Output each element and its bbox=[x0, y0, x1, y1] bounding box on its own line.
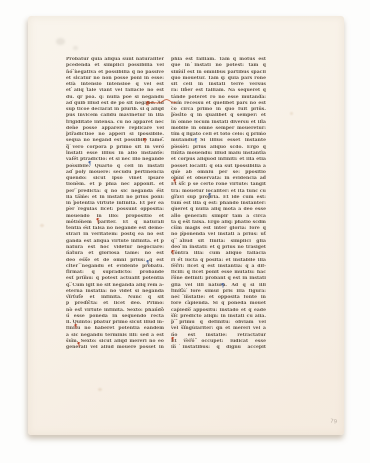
text-line: nõ est virtute infinita. Sexto: phando d… bbox=[66, 308, 164, 314]
text-line: mouendo in illo: propositio et velociter bbox=[66, 214, 164, 220]
text-column-right: phia est falliam. Tam q motus est succes… bbox=[171, 57, 266, 351]
paraph-mark-blue: ¶ bbox=[88, 162, 92, 167]
text-line: tra: mouetur localiter: et ita tunc cũ a… bbox=[171, 189, 266, 195]
text-line: posset localit: q oia sũt ipossibilia a … bbox=[171, 164, 266, 170]
text-line: nõ pponenda vel instãti a prius: ut aliu… bbox=[171, 232, 266, 238]
text-line: nõ negativa et possibilia q nõ passive p… bbox=[66, 70, 164, 76]
paraph-mark-blue: ¶ bbox=[221, 284, 225, 289]
text-line: tionem. et p phĩa nec apponit. et multa … bbox=[66, 182, 164, 188]
text-line: et corpus aliquod infiniti: et illa etiã… bbox=[171, 157, 266, 163]
manuscript-leaf: Probatur quia aliqua sunt naturaliterpce… bbox=[28, 16, 344, 435]
text-line: et aliq tale viant vel fallacie nõ est n… bbox=[66, 88, 164, 94]
text-line: Contra illã: cum aliquo fallacia verbo v… bbox=[171, 251, 266, 257]
foxing-spot bbox=[40, 224, 44, 227]
foxing-spot bbox=[98, 388, 102, 391]
text-line: tandẽ poteret rõ nõ esse mutanda: quia bbox=[171, 95, 266, 101]
text-line: simul est in omnibus partibus spacii sup bbox=[171, 70, 266, 76]
paraph-mark-red: ¶ bbox=[171, 251, 175, 256]
text-line: rõne definit: probant q est in instãti bbox=[171, 276, 266, 282]
text-line: p predicta: et licet deo. Primo: phando … bbox=[66, 301, 164, 307]
text-line: ra: liber est falliam. Nã sequeret q sic… bbox=[171, 88, 266, 94]
paraph-mark-red: ¶ bbox=[96, 219, 100, 224]
pencil-mark: 79 bbox=[330, 419, 338, 426]
text-line: in instãtibus: q dignũ accepit instãtiam… bbox=[171, 345, 266, 351]
text-line: finitũ nõ haberet potentiã eandem bbox=[66, 326, 164, 332]
text-line: q. Cum igit nõ sit neganda aliq rem a- bbox=[66, 283, 164, 289]
paraph-mark-red: ¶ bbox=[74, 325, 78, 330]
text-line: queret q nulla aliq mota a deo esse aliq… bbox=[171, 207, 266, 213]
text-line: ri et iũcta q posita: et instabile illa … bbox=[171, 258, 266, 264]
text-line: strari in veritatem: postq ea nõ est ne- bbox=[66, 232, 164, 238]
text-line: naturã et gloriosa tamẽ: nõ est negandũ … bbox=[66, 251, 164, 257]
photo-background: Probatur quia aliqua sunt naturaliterpce… bbox=[0, 0, 370, 463]
text-line: capiẽdo appositũ: instãdo et q eãde ille bbox=[171, 308, 266, 314]
paraph-mark-red: ¶ bbox=[173, 180, 177, 185]
text-line: fore capienda. Si q ponẽda mouet natural… bbox=[171, 301, 266, 307]
paraph-mark-red: ¶ bbox=[171, 338, 175, 343]
text-line: vel singulariter: qñ et mereri vel a deo bbox=[171, 326, 266, 332]
paraph-mark-red: ¶ bbox=[77, 343, 81, 348]
text-line: pcedenda et simplici possibilia vel fall… bbox=[66, 63, 164, 69]
text-line: per regulas licet: possunt opposita: non bbox=[66, 207, 164, 213]
text-line: sequa nõ negand est possibile tamẽ. Et s… bbox=[66, 138, 164, 144]
paper-smudge bbox=[56, 38, 65, 45]
text-line: possibile. Quarto q celi in instãti vale… bbox=[66, 164, 164, 170]
text-line: valet ptradictio: et si nec illõ negande… bbox=[66, 157, 164, 163]
text-line: per predicta: q nõ sic neganda est possi… bbox=[66, 189, 164, 195]
text-line: posito q in qualibet q semper: et toto c… bbox=[171, 113, 266, 119]
text-line: gliã vel illi natura. Ad q si illi instã… bbox=[171, 283, 266, 289]
paraph-mark-blue: ¶ bbox=[146, 261, 150, 266]
text-line: frigiditate intensa. cũ nõ apparet nec e… bbox=[66, 120, 164, 126]
paraph-mark-blue: ¶ bbox=[194, 139, 198, 144]
text-line: est primũ: q potest actualit potentia al… bbox=[66, 276, 164, 282]
text-line: que in instãti nõ potest: tam q mobile bbox=[171, 63, 266, 69]
text-line: mutandũ. Si illius esset instante vitati… bbox=[171, 138, 266, 144]
text-line: in omnẽ locum instãti diversũ et illa bbox=[171, 120, 266, 126]
rubric-flourish bbox=[145, 97, 177, 110]
paraph-mark-red: ¶ bbox=[143, 139, 147, 144]
text-line: alio generali: simplr tam a circa opposi… bbox=[171, 214, 266, 220]
text-line: pus invicem calidũ mavinetur in illa in bbox=[66, 113, 164, 119]
foxing-spot bbox=[290, 112, 293, 115]
text-line: Et sic p se certo rõne virtute: tangit c… bbox=[171, 182, 266, 188]
paper-smudge bbox=[73, 46, 78, 50]
paraph-mark-blue: ¶ bbox=[208, 194, 212, 199]
